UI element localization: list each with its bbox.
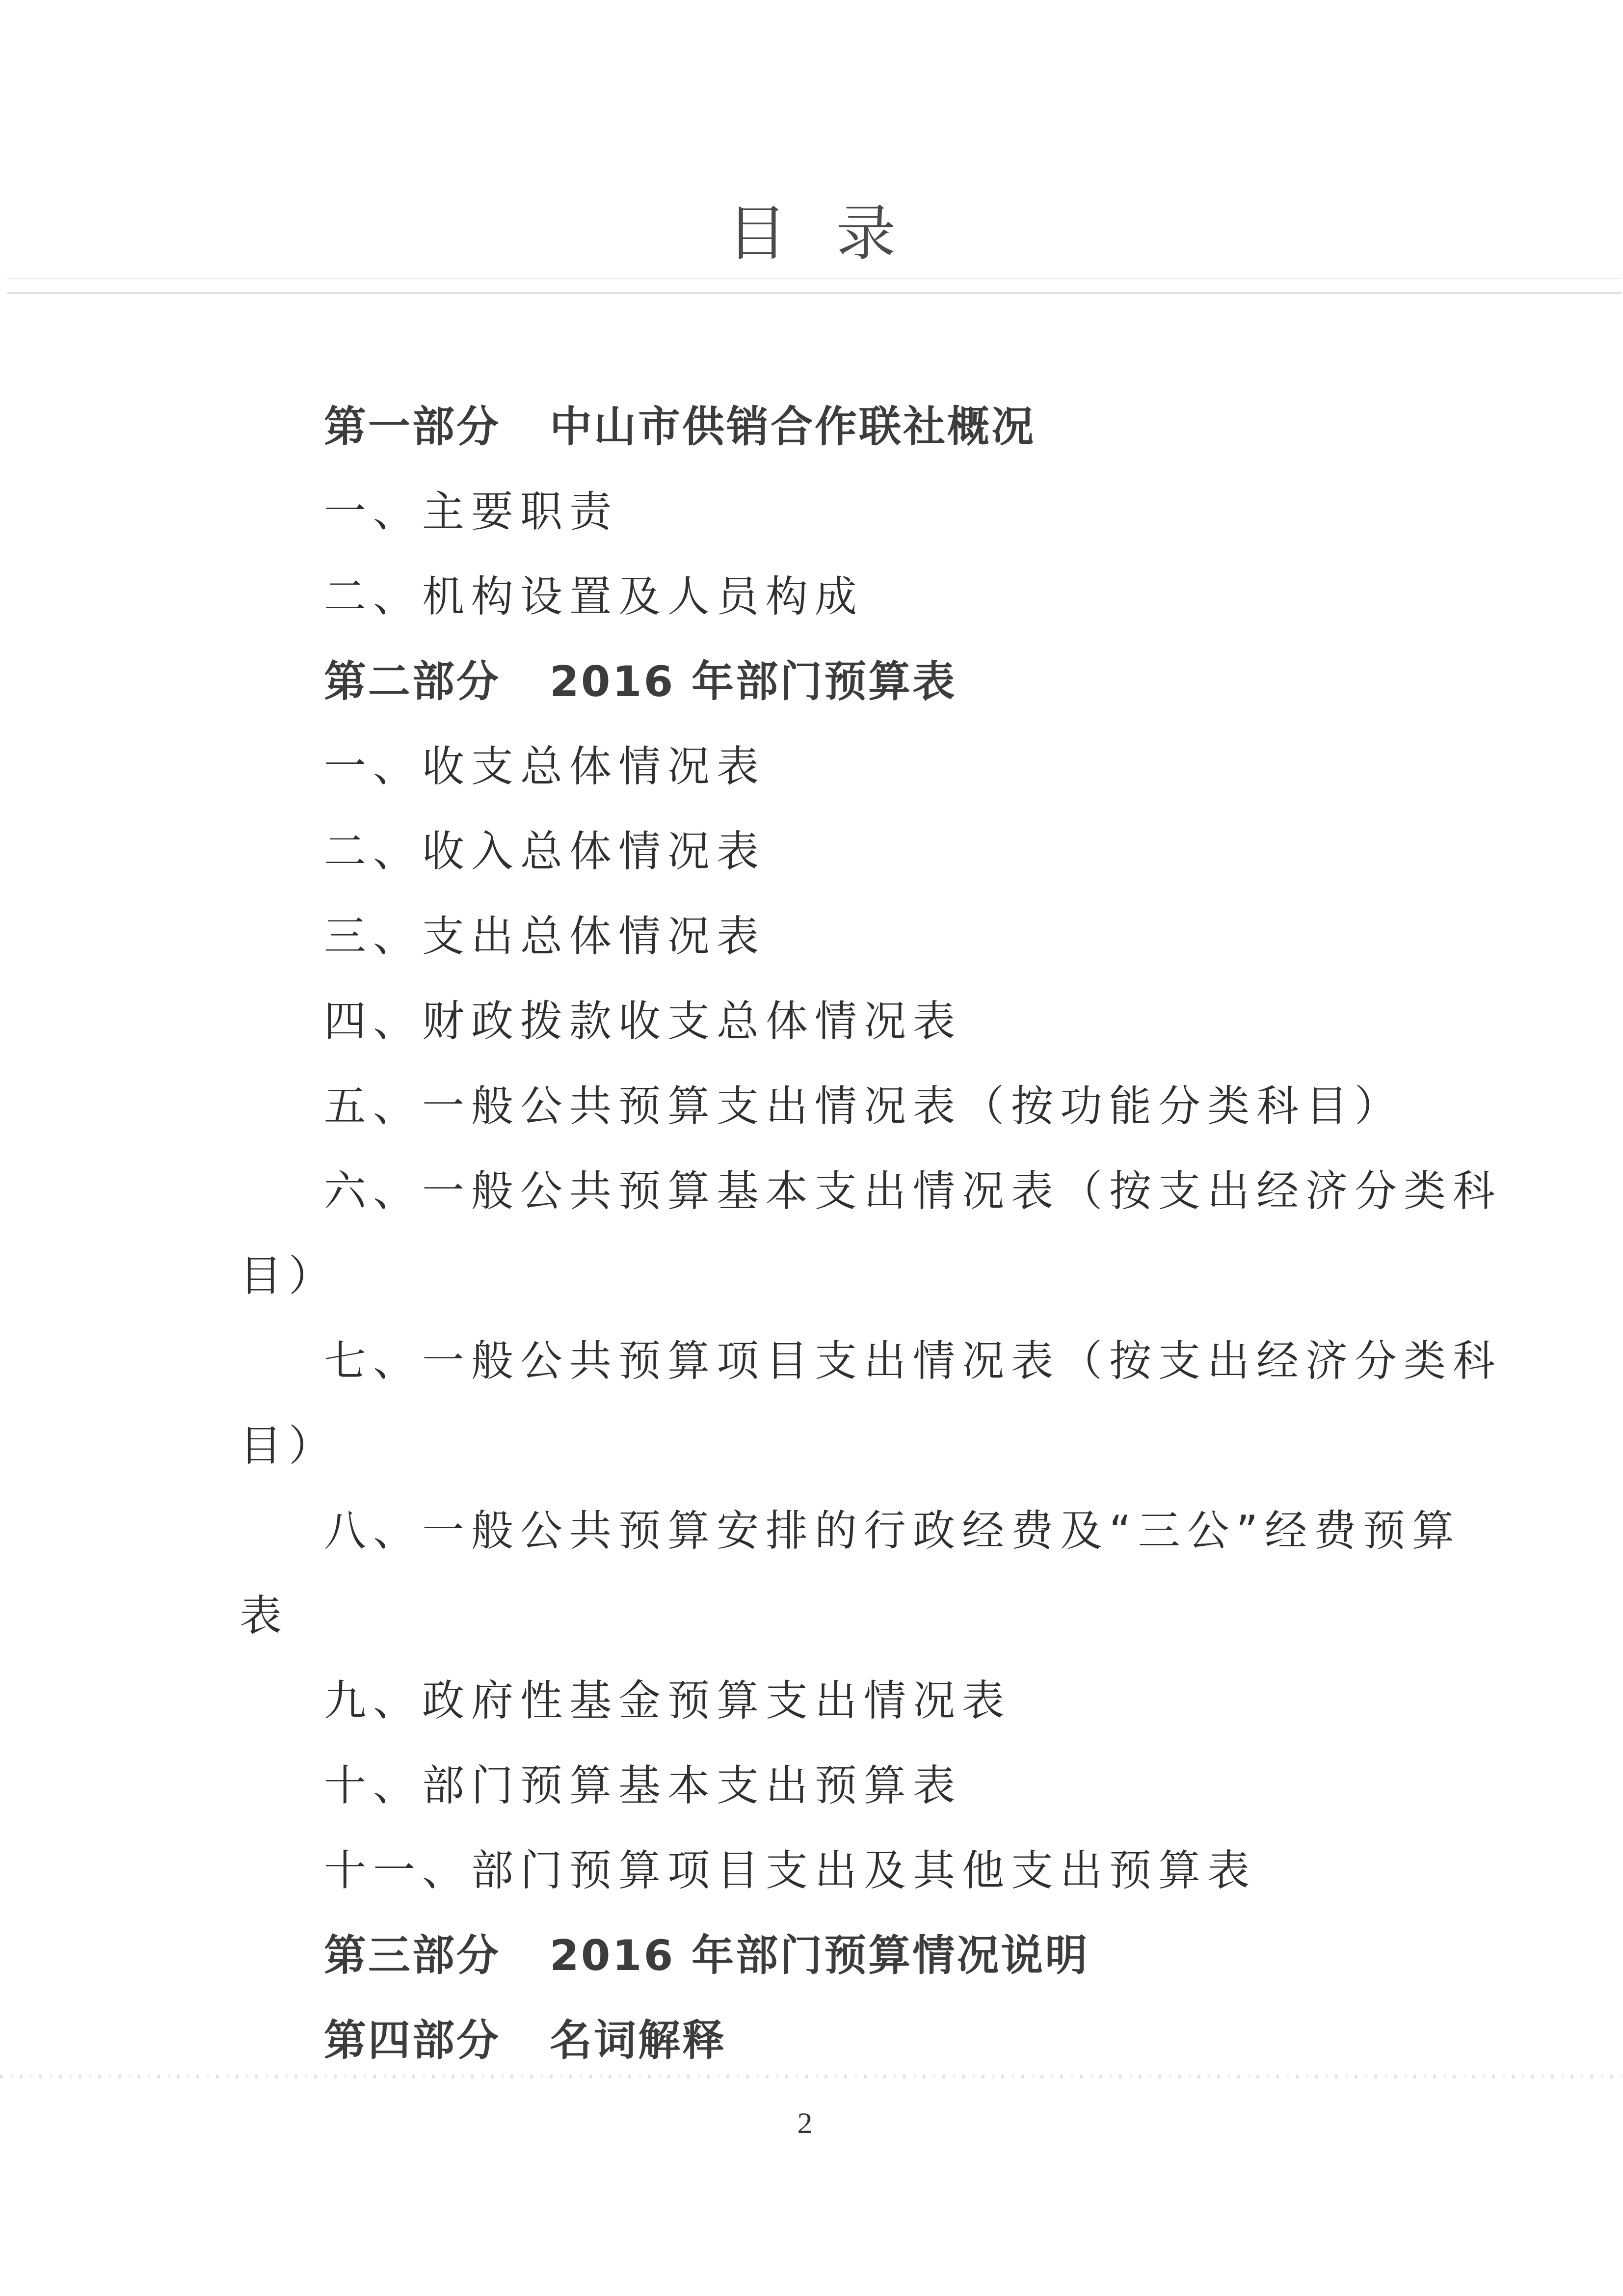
toc-part-title: 名词解释 xyxy=(550,2016,726,2065)
toc-part-4[interactable]: 第四部分名词解释 xyxy=(324,2014,726,2068)
toc-item[interactable]: 二、机构设置及人员构成 xyxy=(324,570,864,624)
toc-part-label: 第一部分 xyxy=(324,403,501,452)
toc-part-title: 中山市供销合作联社概况 xyxy=(550,403,1036,452)
toc-item[interactable]: 十一、部门预算项目支出及其他支出预算表 xyxy=(324,1844,1256,1898)
toc-item-continuation[interactable]: 表 xyxy=(239,1589,289,1643)
toc-part-1[interactable]: 第一部分中山市供销合作联社概况 xyxy=(324,400,1036,454)
toc-part-3[interactable]: 第三部分2016 年部门预算情况说明 xyxy=(324,1929,1089,1983)
page-number: 2 xyxy=(785,2104,825,2143)
toc-part-label: 第二部分 xyxy=(324,657,501,706)
toc-item[interactable]: 七、一般公共预算项目支出情况表（按支出经济分类科 xyxy=(324,1334,1502,1388)
toc-item[interactable]: 八、一般公共预算安排的行政经费及“三公”经费预算 xyxy=(324,1504,1461,1558)
toc-item-continuation[interactable]: 目） xyxy=(239,1249,338,1303)
header-divider-top xyxy=(7,278,1622,279)
toc-item[interactable]: 四、财政拨款收支总体情况表 xyxy=(324,995,962,1049)
header-divider-bottom xyxy=(7,292,1622,294)
scan-artifact-line xyxy=(0,2075,1623,2079)
toc-item[interactable]: 一、收支总体情况表 xyxy=(324,740,766,794)
toc-item[interactable]: 六、一般公共预算基本支出情况表（按支出经济分类科 xyxy=(324,1164,1502,1218)
toc-item[interactable]: 二、收入总体情况表 xyxy=(324,825,766,879)
toc-item[interactable]: 九、政府性基金预算支出情况表 xyxy=(324,1674,1011,1728)
toc-item-continuation[interactable]: 目） xyxy=(239,1419,338,1473)
toc-item[interactable]: 五、一般公共预算支出情况表（按功能分类科目） xyxy=(324,1080,1404,1134)
toc-part-label: 第三部分 xyxy=(324,1931,501,1980)
page-title: 目录 xyxy=(0,194,1623,272)
toc-part-2[interactable]: 第二部分2016 年部门预算表 xyxy=(324,655,957,709)
document-page: 目录 第一部分中山市供销合作联社概况 一、主要职责 二、机构设置及人员构成 第二… xyxy=(0,0,1623,2296)
toc-part-title: 2016 年部门预算情况说明 xyxy=(550,1931,1089,1980)
toc-part-title: 2016 年部门预算表 xyxy=(550,657,957,706)
toc-item[interactable]: 一、主要职责 xyxy=(324,485,618,539)
toc-item[interactable]: 十、部门预算基本支出预算表 xyxy=(324,1759,962,1813)
toc-item[interactable]: 三、支出总体情况表 xyxy=(324,910,766,964)
toc-part-label: 第四部分 xyxy=(324,2016,501,2065)
